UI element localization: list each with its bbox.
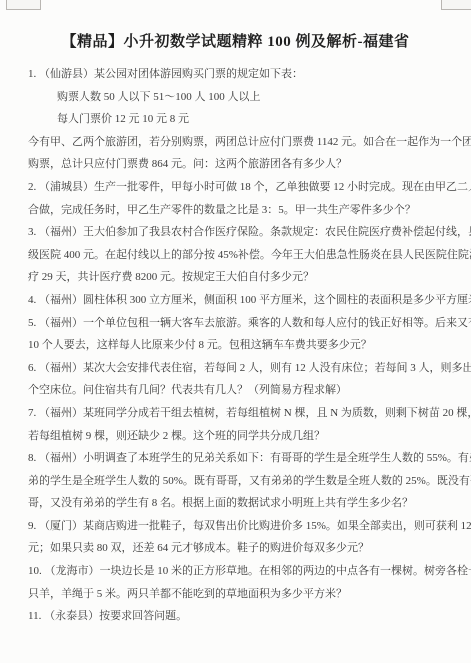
question-9-line: 元；如果只卖 80 双，还差 64 元才够成本。鞋子的购进价每双多少元？	[28, 537, 461, 560]
question-8-line: 弟的学生是全班学生人数的 50%。既有哥哥，又有弟弟的学生数是全班人数的 25%…	[28, 470, 461, 493]
question-10-line: 只羊，羊绳于 5 米。两只羊都不能吃到的草地面积为多少平方米？	[28, 583, 461, 606]
question-5-line: 5. （福州）一个单位包租一辆大客车去旅游。乘客的人数和每人应付的钱正好相等。后…	[28, 312, 461, 335]
question-3: 3. （福州）王大伯参加了我县农村合作医疗保险。条款规定：农民住院医疗费补偿起付…	[28, 221, 461, 289]
question-2-line: 2. （浦城县）生产一批零件，甲每小时可做 18 个，乙单独做要 12 小时完成…	[28, 176, 461, 199]
question-1-table-row-header: 购票人数 50 人以下 51～100 人 100 人以上	[28, 86, 461, 109]
question-2-line: 合做，完成任务时，甲乙生产零件的数量之比是 3：5。甲一共生产零件多少个？	[28, 199, 461, 222]
previous-page-edge-left	[6, 0, 41, 10]
document-body: 1. （仙游县）某公园对团体游园购买门票的规定如下表： 购票人数 50 人以下 …	[0, 63, 471, 628]
question-1: 1. （仙游县）某公园对团体游园购买门票的规定如下表： 购票人数 50 人以下 …	[28, 63, 461, 176]
question-9-line: 9. （厦门）某商店购进一批鞋子，每双售出价比购进价多 15%。如果全部卖出，则…	[28, 515, 461, 538]
question-3-line: 疗 29 天，共计医疗费 8200 元。按规定王大伯自付多少元？	[28, 266, 461, 289]
question-8-line: 8. （福州）小明调查了本班学生的兄弟关系如下：有哥哥的学生是全班学生人数的 5…	[28, 447, 461, 470]
question-7-line: 若每组植树 9 棵，则还缺少 2 棵。这个班的同学共分成几组？	[28, 425, 461, 448]
question-10-line: 10. （龙海市）一块边长是 10 米的正方形草地。在相邻的两边的中点各有一棵树…	[28, 560, 461, 583]
question-1-table-row-price: 每人门票价 12 元 10 元 8 元	[28, 108, 461, 131]
question-6-line: 个空床位。问住宿共有几间？代表共有几人？（列简易方程求解）	[28, 379, 461, 402]
question-8: 8. （福州）小明调查了本班学生的兄弟关系如下：有哥哥的学生是全班学生人数的 5…	[28, 447, 461, 515]
question-9: 9. （厦门）某商店购进一批鞋子，每双售出价比购进价多 15%。如果全部卖出，则…	[28, 515, 461, 560]
question-7: 7. （福州）某班同学分成若干组去植树，若每组植树 N 棵，且 N 为质数，则剩…	[28, 402, 461, 447]
question-11-line: 11. （永泰县）按要求回答问题。	[28, 605, 461, 628]
page-title: 【精品】小升初数学试题精粹 100 例及解析-福建省	[0, 0, 471, 51]
question-6-line: 6. （福州）某次大会安排代表住宿，若每间 2 人，则有 12 人没有床位；若每…	[28, 357, 461, 380]
question-3-line: 3. （福州）王大伯参加了我县农村合作医疗保险。条款规定：农民住院医疗费补偿起付…	[28, 221, 461, 244]
previous-page-edge-right	[441, 0, 471, 10]
question-1-line: 今有甲、乙两个旅游团，若分别购票，两团总计应付门票费 1142 元。如合在一起作…	[28, 131, 461, 154]
question-11: 11. （永泰县）按要求回答问题。	[28, 605, 461, 628]
question-2: 2. （浦城县）生产一批零件，甲每小时可做 18 个，乙单独做要 12 小时完成…	[28, 176, 461, 221]
question-6: 6. （福州）某次大会安排代表住宿，若每间 2 人，则有 12 人没有床位；若每…	[28, 357, 461, 402]
question-4-line: 4. （福州）圆柱体积 300 立方厘米，侧面积 100 平方厘米，这个圆柱的表…	[28, 289, 461, 312]
question-1-line: 1. （仙游县）某公园对团体游园购买门票的规定如下表：	[28, 63, 461, 86]
question-3-line: 级医院 400 元。在起付线以上的部分按 45%补偿。今年王大伯患急性肠炎在县人…	[28, 244, 461, 267]
question-5: 5. （福州）一个单位包租一辆大客车去旅游。乘客的人数和每人应付的钱正好相等。后…	[28, 312, 461, 357]
question-1-line: 购票，总计只应付门票费 864 元。问：这两个旅游团各有多少人？	[28, 153, 461, 176]
question-10: 10. （龙海市）一块边长是 10 米的正方形草地。在相邻的两边的中点各有一棵树…	[28, 560, 461, 605]
question-8-line: 哥，又没有弟弟的学生有 8 名。根据上面的数据试求小明班上共有学生多少名？	[28, 492, 461, 515]
question-5-line: 10 个人要去，这样每人比原来少付 8 元。包租这辆车车费共要多少元？	[28, 334, 461, 357]
question-4: 4. （福州）圆柱体积 300 立方厘米，侧面积 100 平方厘米，这个圆柱的表…	[28, 289, 461, 312]
document-page: { "page": { "title": "【精品】小升初数学试题精粹 100 …	[0, 0, 471, 663]
question-7-line: 7. （福州）某班同学分成若干组去植树，若每组植树 N 棵，且 N 为质数，则剩…	[28, 402, 461, 425]
